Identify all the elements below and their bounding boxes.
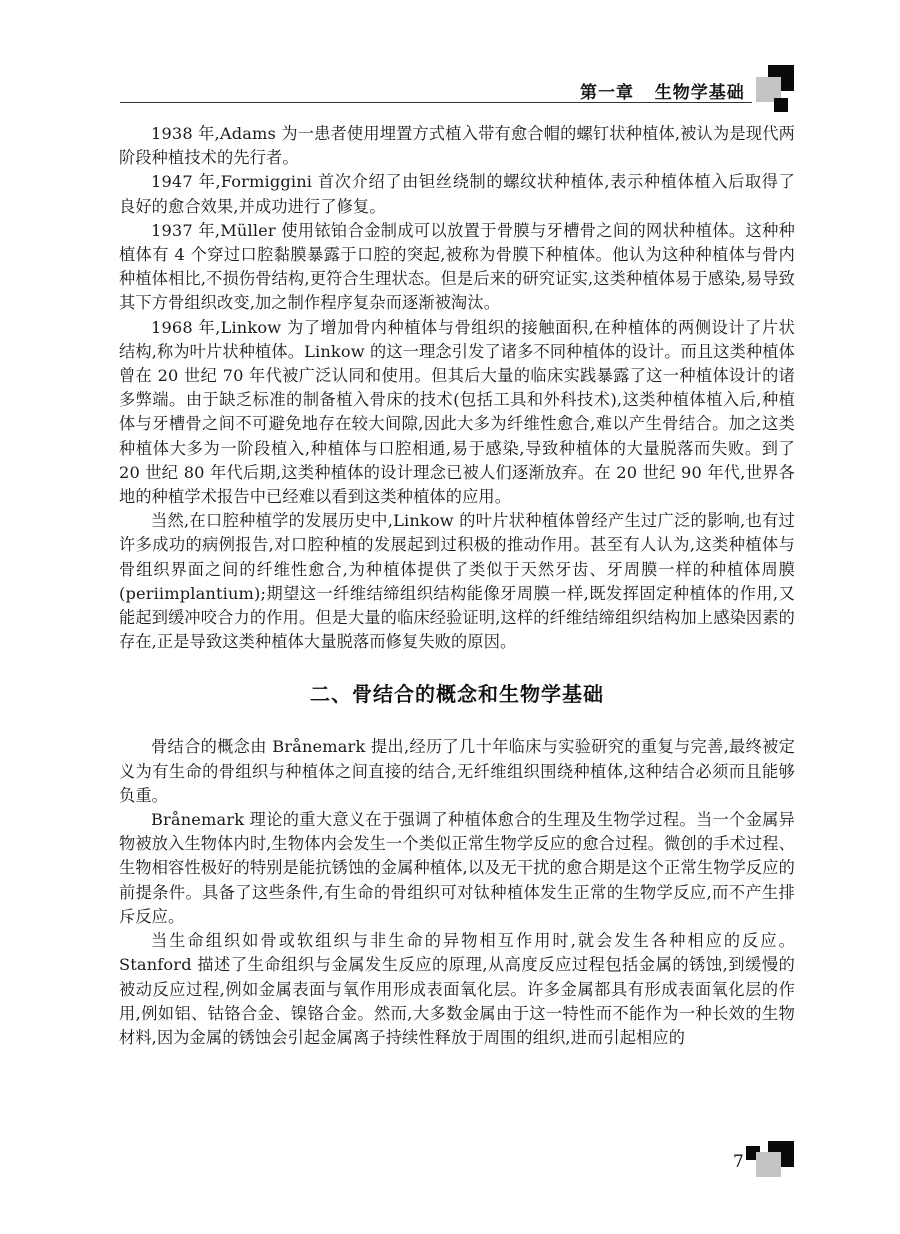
paragraph-linkow-influence: 当然,在口腔种植学的发展历史中,Linkow 的叶片状种植体曾经产生过广泛的影响…: [119, 509, 795, 654]
header-rule: [120, 102, 752, 103]
running-header-title: 第一章 生物学基础: [580, 78, 745, 103]
paragraph-branemark-theory: Brånemark 理论的重大意义在于强调了种植体愈合的生理及生物学过程。当一个…: [119, 808, 795, 929]
page-body: 1938 年,Adams 为一患者使用埋置方式植入带有愈合帽的螺钉状种植体,被认…: [119, 122, 795, 1050]
paragraph-1968-linkow: 1968 年,Linkow 为了增加骨内种植体与骨组织的接触面积,在种植体的两侧…: [119, 316, 795, 510]
header-square-black-small: [774, 98, 788, 112]
paragraph-1947-formiggini: 1947 年,Formiggini 首次介绍了由钽丝绕制的螺纹状种植体,表示种植…: [119, 170, 795, 218]
page-number: 7: [733, 1152, 744, 1172]
paragraph-1938-adams: 1938 年,Adams 为一患者使用埋置方式植入带有愈合帽的螺钉状种植体,被认…: [119, 122, 795, 170]
footer-square-gray: [756, 1152, 781, 1177]
paragraph-osseointegration-definition: 骨结合的概念由 Brånemark 提出,经历了几十年临床与实验研究的重复与完善…: [119, 735, 795, 808]
section-heading: 二、骨结合的概念和生物学基础: [119, 654, 795, 735]
paragraph-tissue-metal-reaction: 当生命组织如骨或软组织与非生命的异物相互作用时,就会发生各种相应的反应。Stan…: [119, 929, 795, 1050]
paragraph-1937-muller: 1937 年,Müller 使用铱铂合金制成可以放置于骨膜与牙槽骨之间的网状种植…: [119, 219, 795, 316]
